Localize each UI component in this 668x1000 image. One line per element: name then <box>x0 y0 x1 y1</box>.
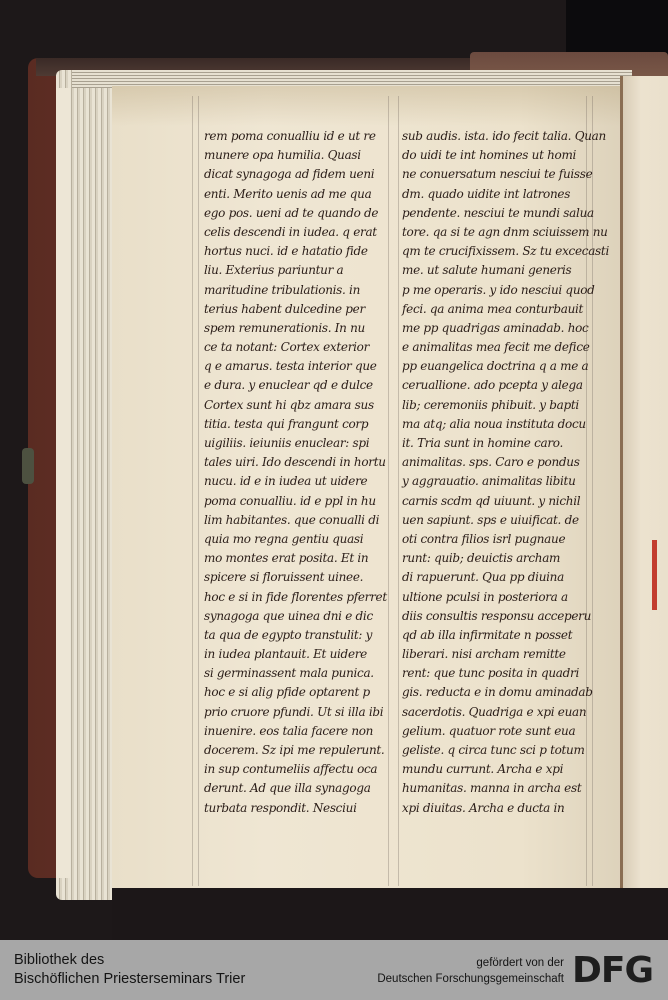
manuscript-line: tales uiri. Ido descendi in hortu <box>204 453 392 472</box>
manuscript-line: sacerdotis. Quadriga e xpi euan <box>402 703 590 722</box>
manuscript-line: uen sapiunt. sps e uiuificat. de <box>402 511 590 530</box>
manuscript-line: qd ab illa infirmitate n posset <box>402 626 590 645</box>
manuscript-line: tore. qa si te agn dnm sciuissem nu <box>402 223 590 242</box>
manuscript-line: synagoga que uinea dni e dic <box>204 607 392 626</box>
manuscript-line: q e amarus. testa interior que <box>204 357 392 376</box>
manuscript-line: humanitas. manna in archa est <box>402 779 590 798</box>
manuscript-line: pendente. nesciui te mundi salua <box>402 204 590 223</box>
manuscript-line: ceruallione. ado pcepta y alega <box>402 376 590 395</box>
manuscript-line: spicere si floruissent uinee. <box>204 568 392 587</box>
manuscript-line: it. Tria sunt in homine caro. <box>402 434 590 453</box>
manuscript-line: liu. Exterius pariuntur a <box>204 261 392 280</box>
manuscript-line: rent: que tunc posita in quadri <box>402 664 590 683</box>
manuscript-line: in sup contumeliis affectu oca <box>204 760 392 779</box>
manuscript-line: poma conualliu. id e ppl in hu <box>204 492 392 511</box>
funder-line1: gefördert von der <box>377 955 564 971</box>
manuscript-line: e dura. y enuclear qd e dulce <box>204 376 392 395</box>
flyleaf <box>56 88 70 878</box>
manuscript-line: rem poma conualliu id e ut re <box>204 127 392 146</box>
manuscript-line: do uidi te int homines ut homi <box>402 146 590 165</box>
library-credit: Bibliothek des Bischöflichen Priestersem… <box>14 951 245 989</box>
manuscript-line: gelium. quatuor rote sunt eua <box>402 722 590 741</box>
backdrop-bottom <box>112 888 668 940</box>
ruling-line <box>198 96 199 886</box>
dfg-logo: DFG <box>572 953 653 989</box>
manuscript-line: uigiliis. ieiuniis enuclear: spi <box>204 434 392 453</box>
manuscript-line: prio cruore pfundi. Ut si illa ibi <box>204 703 392 722</box>
manuscript-line: dicat synagoga ad fidem ueni <box>204 165 392 184</box>
ruling-line <box>192 96 193 886</box>
page-stain <box>112 86 622 126</box>
manuscript-line: nucu. id e in iudea ut uidere <box>204 472 392 491</box>
manuscript-line: gis. reducta e in domu aminadab <box>402 683 590 702</box>
manuscript-line: ego pos. ueni ad te quando de <box>204 204 392 223</box>
manuscript-line: ultione pculsi in posteriora a <box>402 588 590 607</box>
manuscript-line: feci. qa anima mea conturbauit <box>402 300 590 319</box>
rubricated-initial-icon <box>652 540 668 610</box>
manuscript-line: e animalitas mea fecit me defice <box>402 338 590 357</box>
manuscript-line: y aggrauatio. animalitas libitu <box>402 472 590 491</box>
manuscript-line: p me operaris. y ido nesciui quod <box>402 281 590 300</box>
manuscript-line: sub audis. ista. ido fecit talia. Quan <box>402 127 590 146</box>
manuscript-line: derunt. Ad que illa synagoga <box>204 779 392 798</box>
ruling-line <box>398 96 399 886</box>
manuscript-line: ne conuersatum nesciui te fuisse <box>402 165 590 184</box>
manuscript-line: me. ut salute humani generis <box>402 261 590 280</box>
manuscript-line: hoc e si alig pfide optarent p <box>204 683 392 702</box>
manuscript-line: diis consultis responsu acceperu <box>402 607 590 626</box>
manuscript-line: spem remunerationis. In nu <box>204 319 392 338</box>
manuscript-line: mo montes erat posita. Et in <box>204 549 392 568</box>
manuscript-line: terius habent dulcedine per <box>204 300 392 319</box>
text-column-right: sub audis. ista. ido fecit talia. Quando… <box>402 127 590 818</box>
manuscript-line: ta qua de egypto transtulit: y <box>204 626 392 645</box>
manuscript-line: dm. quado uidite int latrones <box>402 185 590 204</box>
clasp-icon <box>22 448 34 484</box>
manuscript-line: Cortex sunt hi qbz amara sus <box>204 396 392 415</box>
manuscript-line: mundu currunt. Archa e xpi <box>402 760 590 779</box>
institution-footer: Bibliothek des Bischöflichen Priestersem… <box>0 940 668 1000</box>
manuscript-line: lim habitantes. que conualli di <box>204 511 392 530</box>
manuscript-line: docerem. Sz ipi me repulerunt. <box>204 741 392 760</box>
manuscript-line: animalitas. sps. Caro e pondus <box>402 453 590 472</box>
manuscript-line: ce ta notant: Cortex exterior <box>204 338 392 357</box>
manuscript-line: quia mo regna gentiu quasi <box>204 530 392 549</box>
manuscript-line: turbata respondit. Nesciui <box>204 799 392 818</box>
manuscript-line: me pp quadrigas aminadab. hoc <box>402 319 590 338</box>
manuscript-line: carnis scdm qd uiuunt. y nichil <box>402 492 590 511</box>
funder-credit: gefördert von der Deutschen Forschungsge… <box>377 955 564 987</box>
manuscript-line: enti. Merito uenis ad me qua <box>204 185 392 204</box>
library-name-line2: Bischöflichen Priesterseminars Trier <box>14 970 245 989</box>
manuscript-line: xpi diuitas. Archa e ducta in <box>402 799 590 818</box>
library-name-line1: Bibliothek des <box>14 951 245 970</box>
manuscript-line: ma atq; alia noua instituta docu <box>402 415 590 434</box>
manuscript-scan: rem poma conualliu id e ut remunere opa … <box>0 0 668 940</box>
manuscript-line: in iudea plantauit. Et uidere <box>204 645 392 664</box>
manuscript-line: lib; ceremoniis phibuit. y bapti <box>402 396 590 415</box>
manuscript-line: liberari. nisi archam remitte <box>402 645 590 664</box>
facing-page <box>623 76 668 891</box>
manuscript-line: maritudine tribulationis. in <box>204 281 392 300</box>
backdrop-corner <box>566 0 668 58</box>
manuscript-line: geliste. q circa tunc sci p totum <box>402 741 590 760</box>
manuscript-line: inuenire. eos talia facere non <box>204 722 392 741</box>
manuscript-line: di rapuerunt. Qua pp diuina <box>402 568 590 587</box>
manuscript-line: hoc e si in fide florentes pferret <box>204 588 392 607</box>
manuscript-line: qm te crucifixissem. Sz tu excecasti <box>402 242 590 261</box>
text-column-left: rem poma conualliu id e ut remunere opa … <box>204 127 392 818</box>
manuscript-line: titia. testa qui frangunt corp <box>204 415 392 434</box>
manuscript-line: celis descendi in iudea. q erat <box>204 223 392 242</box>
manuscript-line: runt: quib; deuictis archam <box>402 549 590 568</box>
manuscript-line: hortus nuci. id e hatatio fide <box>204 242 392 261</box>
manuscript-line: si germinassent mala punica. <box>204 664 392 683</box>
manuscript-line: munere opa humilia. Quasi <box>204 146 392 165</box>
manuscript-line: pp euangelica doctrina q a me a <box>402 357 590 376</box>
manuscript-line: oti contra filios isrl pugnaue <box>402 530 590 549</box>
funder-line2: Deutschen Forschungsgemeinschaft <box>377 971 564 987</box>
